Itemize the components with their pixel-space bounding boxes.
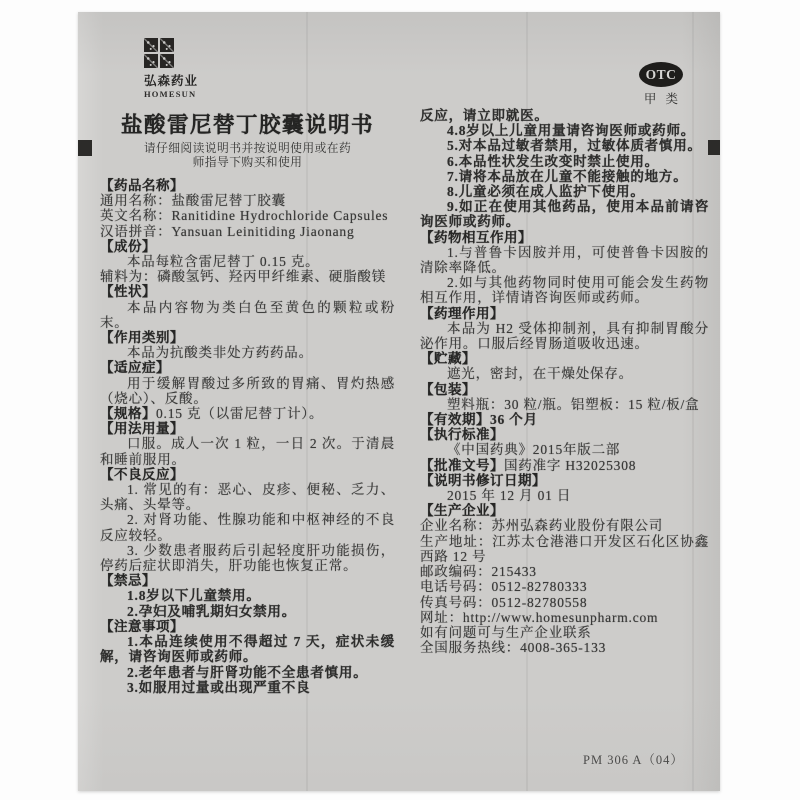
text-line: 2015 年 12 月 01 日 [420,488,709,503]
text-run: 8.儿童必须在成人监护下使用。 [447,184,645,199]
right-column-body: 反应，请立即就医。4.8岁以上儿童用量请咨询医师或药师。5.对本品过敏者禁用，过… [420,108,709,655]
text-line: 2.孕妇及哺乳期妇女禁用。 [100,604,395,619]
text-line: 5.对本品过敏者禁用，过敏体质者慎用。 [420,138,709,153]
otc-mark: OTC 甲 类 [420,62,709,108]
text-run: 塑料瓶：30 粒/瓶。铝塑板：15 粒/板/盒 [447,397,699,412]
section-heading-bracket: 【有效期】 [420,412,490,427]
text-line: 英文名称：Ranitidine Hydrochloride Capsules [100,208,395,223]
text-line: 全国服务热线：4008-365-133 [420,640,709,655]
section-heading: 【注意事项】 [100,619,395,634]
section-heading-bracket: 【不良反应】 [100,467,184,482]
text-run: 3.如服用过量或出现严重不良 [127,680,310,695]
section-heading: 【包装】 [420,382,709,397]
section-heading-bracket: 【贮藏】 [420,351,476,366]
text-run: 如有问题可与生产企业联系 [420,625,592,640]
text-run: 生产地址：江苏太仓港港口开发区石化区协鑫西路 12 号 [420,534,709,564]
section-heading-bracket: 【注意事项】 [100,619,184,634]
text-run: 1.8岁以下儿童禁用。 [127,588,261,603]
text-run: 本品为抗酸类非处方药药品。 [127,345,313,360]
text-run: 2.孕妇及哺乳期妇女禁用。 [127,604,296,619]
section-heading: 【贮藏】 [420,351,709,366]
text-line: 本品为 H2 受体抑制剂，具有抑制胃酸分泌作用。口服后经胃肠道吸收迅速。 [420,321,709,351]
text-line: 汉语拼音：Yansuan Leinitiding Jiaonang [100,224,395,239]
print-registration-mark-left [78,140,92,156]
text-line: 4.8岁以上儿童用量请咨询医师或药师。 [420,123,709,138]
text-run: 本品内容物为类白色至黄色的颗粒或粉末。 [100,300,395,330]
text-run: 4.8岁以上儿童用量请咨询医师或药师。 [447,123,695,138]
section-heading: 【说明书修订日期】 [420,473,709,488]
section-heading-bracket: 【性状】 [100,284,156,299]
text-line: 本品每粒含雷尼替丁 0.15 克。 [100,254,395,269]
text-run: 2015 年 12 月 01 日 [447,488,571,503]
text-run: 2.老年患者与肝肾功能不全患者慎用。 [127,665,368,680]
text-line: 2.如与其他药物同时使用可能会发生药物相互作用，详情请咨询医师或药师。 [420,275,709,305]
section-heading: 【生产企业】 [420,503,709,518]
text-line: 6.本品性状发生改变时禁止使用。 [420,154,709,169]
text-line: 辅料为：磷酸氢钙、羟丙甲纤维素、硬脂酸镁 [100,269,395,284]
subtitle-line-1: 请仔细阅读说明书并按说明使用或在药 [100,142,395,156]
section-heading-bracket: 【药品名称】 [100,178,184,193]
text-line: 本品为抗酸类非处方药药品。 [100,345,395,360]
text-line: 1.与普鲁卡因胺并用，可使普鲁卡因胺的清除率降低。 [420,245,709,275]
text-run: 0.15 克（以雷尼替丁计）。 [156,406,323,421]
text-run: 反应，请立即就医。 [420,108,549,123]
text-run: 通用名称：盐酸雷尼替丁胶囊 [100,193,286,208]
logo-square-icon [160,54,174,68]
section-heading-bracket: 【药物相互作用】 [420,230,532,245]
section-heading: 【成份】 [100,239,395,254]
text-line: 遮光，密封，在干燥处保存。 [420,366,709,381]
text-line: 1. 常见的有：恶心、皮疹、便秘、乏力、头痛、头晕等。 [100,482,395,512]
section-heading: 【执行标准】 [420,427,709,442]
text-line: 【规格】0.15 克（以雷尼替丁计）。 [100,406,395,421]
text-run: 6.本品性状发生改变时禁止使用。 [447,154,659,169]
section-heading-bracket: 【执行标准】 [420,427,504,442]
homesun-logo-icon [144,38,174,68]
text-run: 1. 常见的有：恶心、皮疹、便秘、乏力、头痛、头晕等。 [100,482,395,512]
text-run: 2.如与其他药物同时使用可能会发生药物相互作用，详情请咨询医师或药师。 [420,275,709,305]
text-line: 9.如正在使用其他药品，使用本品前请咨询医师或药师。 [420,199,709,229]
text-run: 1.本品连续使用不得超过 7 天，症状未缓解，请咨询医师或药师。 [100,634,395,664]
section-heading-bracket: 【规格】 [100,406,156,421]
text-line: 塑料瓶：30 粒/瓶。铝塑板：15 粒/板/盒 [420,397,709,412]
text-run: 《中国药典》2015年版二部 [447,442,620,457]
text-run: 9.如正在使用其他药品，使用本品前请咨询医师或药师。 [420,199,709,229]
left-column: 弘森药业 HOMESUN 盐酸雷尼替丁胶囊说明书 请仔细阅读说明书并按说明使用或… [100,38,395,695]
section-heading-bracket: 【用法用量】 [100,421,184,436]
text-line: 1.本品连续使用不得超过 7 天，症状未缓解，请咨询医师或药师。 [100,634,395,664]
section-heading: 【药理作用】 [420,306,709,321]
text-line: 通用名称：盐酸雷尼替丁胶囊 [100,193,395,208]
brand-name-en: HOMESUN [144,89,228,99]
leaflet-title: 盐酸雷尼替丁胶囊说明书 [100,108,395,139]
text-run: 1.与普鲁卡因胺并用，可使普鲁卡因胺的清除率降低。 [420,245,709,275]
brand-logo: 弘森药业 HOMESUN [144,38,228,99]
print-registration-mark-right [708,140,720,155]
text-run: 本品每粒含雷尼替丁 0.15 克。 [127,254,319,269]
text-line: 【有效期】36 个月 [420,412,709,427]
text-line: 反应，请立即就医。 [420,108,709,123]
section-heading-bracket: 【包装】 [420,382,476,397]
text-line: 3. 少数患者服药后引起轻度肝功能损伤，停药后症状即消失，肝功能也恢复正常。 [100,543,395,573]
text-run: 遮光，密封，在干燥处保存。 [447,366,633,381]
text-line: 3.如服用过量或出现严重不良 [100,680,395,695]
section-heading: 【药物相互作用】 [420,230,709,245]
text-run: 用于缓解胃酸过多所致的胃痛、胃灼热感（烧心）、反酸。 [100,376,395,406]
section-heading: 【禁忌】 [100,573,395,588]
text-run: 36 个月 [490,412,538,427]
text-line: 《中国药典》2015年版二部 [420,442,709,457]
text-run: 企业名称：苏州弘森药业股份有限公司 [420,518,663,533]
section-heading-bracket: 【适应症】 [100,360,170,375]
text-run: 辅料为：磷酸氢钙、羟丙甲纤维素、硬脂酸镁 [100,269,386,284]
otc-oval-icon: OTC [639,62,683,87]
logo-square-icon [144,38,158,52]
text-line: 本品内容物为类白色至黄色的颗粒或粉末。 [100,300,395,330]
text-run: 电话号码：0512-82780333 [420,579,587,594]
text-line: 2. 对肾功能、性腺功能和中枢神经的不良反应较轻。 [100,512,395,542]
text-line: 如有问题可与生产企业联系 [420,625,709,640]
text-line: 电话号码：0512-82780333 [420,579,709,594]
text-line: 网址：http://www.homesunpharm.com [420,610,709,625]
brand-name-cn: 弘森药业 [144,71,228,89]
text-line: 生产地址：江苏太仓港港口开发区石化区协鑫西路 12 号 [420,534,709,564]
logo-square-icon [160,38,174,52]
section-heading-bracket: 【成份】 [100,239,156,254]
section-heading: 【作用类别】 [100,330,395,345]
text-run: 口服。成人一次 1 粒，一日 2 次。于清晨和睡前服用。 [100,436,395,466]
text-run: 邮政编码：215433 [420,564,537,579]
section-heading: 【不良反应】 [100,467,395,482]
text-line: 1.8岁以下儿童禁用。 [100,588,395,603]
section-heading-bracket: 【生产企业】 [420,503,504,518]
text-run: 5.对本品过敏者禁用，过敏体质者慎用。 [447,138,702,153]
section-heading-bracket: 【禁忌】 [100,573,156,588]
section-heading-bracket: 【药理作用】 [420,306,504,321]
subtitle-line-2: 师指导下购买和使用 [100,156,395,170]
text-run: 网址：http://www.homesunpharm.com [420,610,658,625]
section-heading-bracket: 【作用类别】 [100,330,184,345]
leaflet-paper: 弘森药业 HOMESUN 盐酸雷尼替丁胶囊说明书 请仔细阅读说明书并按说明使用或… [78,12,720,791]
right-column: OTC 甲 类 反应，请立即就医。4.8岁以上儿童用量请咨询医师或药师。5.对本… [420,62,709,655]
left-column-body: 【药品名称】通用名称：盐酸雷尼替丁胶囊英文名称：Ranitidine Hydro… [100,178,395,695]
text-run: 7.请将本品放在儿童不能接触的地方。 [447,169,688,184]
section-heading: 【用法用量】 [100,421,395,436]
scanned-leaflet-photo: 弘森药业 HOMESUN 盐酸雷尼替丁胶囊说明书 请仔细阅读说明书并按说明使用或… [0,0,800,800]
leaflet-subtitle: 请仔细阅读说明书并按说明使用或在药 师指导下购买和使用 [100,142,395,169]
text-run: 3. 少数患者服药后引起轻度肝功能损伤，停药后症状即消失，肝功能也恢复正常。 [100,543,395,573]
text-run: 2. 对肾功能、性腺功能和中枢神经的不良反应较轻。 [100,512,395,542]
section-heading: 【适应症】 [100,360,395,375]
text-line: 企业名称：苏州弘森药业股份有限公司 [420,518,709,533]
text-line: 【批准文号】国药准字 H32025308 [420,458,709,473]
section-heading: 【性状】 [100,284,395,299]
text-run: 国药准字 H32025308 [504,458,636,473]
section-heading-bracket: 【批准文号】 [420,458,504,473]
logo-square-icon [144,54,158,68]
text-line: 用于缓解胃酸过多所致的胃痛、胃灼热感（烧心）、反酸。 [100,376,395,406]
section-heading-bracket: 【说明书修订日期】 [420,473,546,488]
text-run: 汉语拼音：Yansuan Leinitiding Jiaonang [100,224,355,239]
text-run: 传真号码：0512-82780558 [420,595,587,610]
section-heading: 【药品名称】 [100,178,395,193]
text-run: 本品为 H2 受体抑制剂，具有抑制胃酸分泌作用。口服后经胃肠道吸收迅速。 [420,321,709,351]
text-line: 8.儿童必须在成人监护下使用。 [420,184,709,199]
text-line: 邮政编码：215433 [420,564,709,579]
text-line: 7.请将本品放在儿童不能接触的地方。 [420,169,709,184]
text-line: 传真号码：0512-82780558 [420,595,709,610]
print-batch-code: PM 306 A（04） [583,750,684,768]
text-run: 全国服务热线：4008-365-133 [420,640,606,655]
text-line: 口服。成人一次 1 粒，一日 2 次。于清晨和睡前服用。 [100,436,395,466]
text-run: 英文名称：Ranitidine Hydrochloride Capsules [100,208,388,223]
otc-class-label: 甲 类 [644,89,681,107]
text-line: 2.老年患者与肝肾功能不全患者慎用。 [100,665,395,680]
